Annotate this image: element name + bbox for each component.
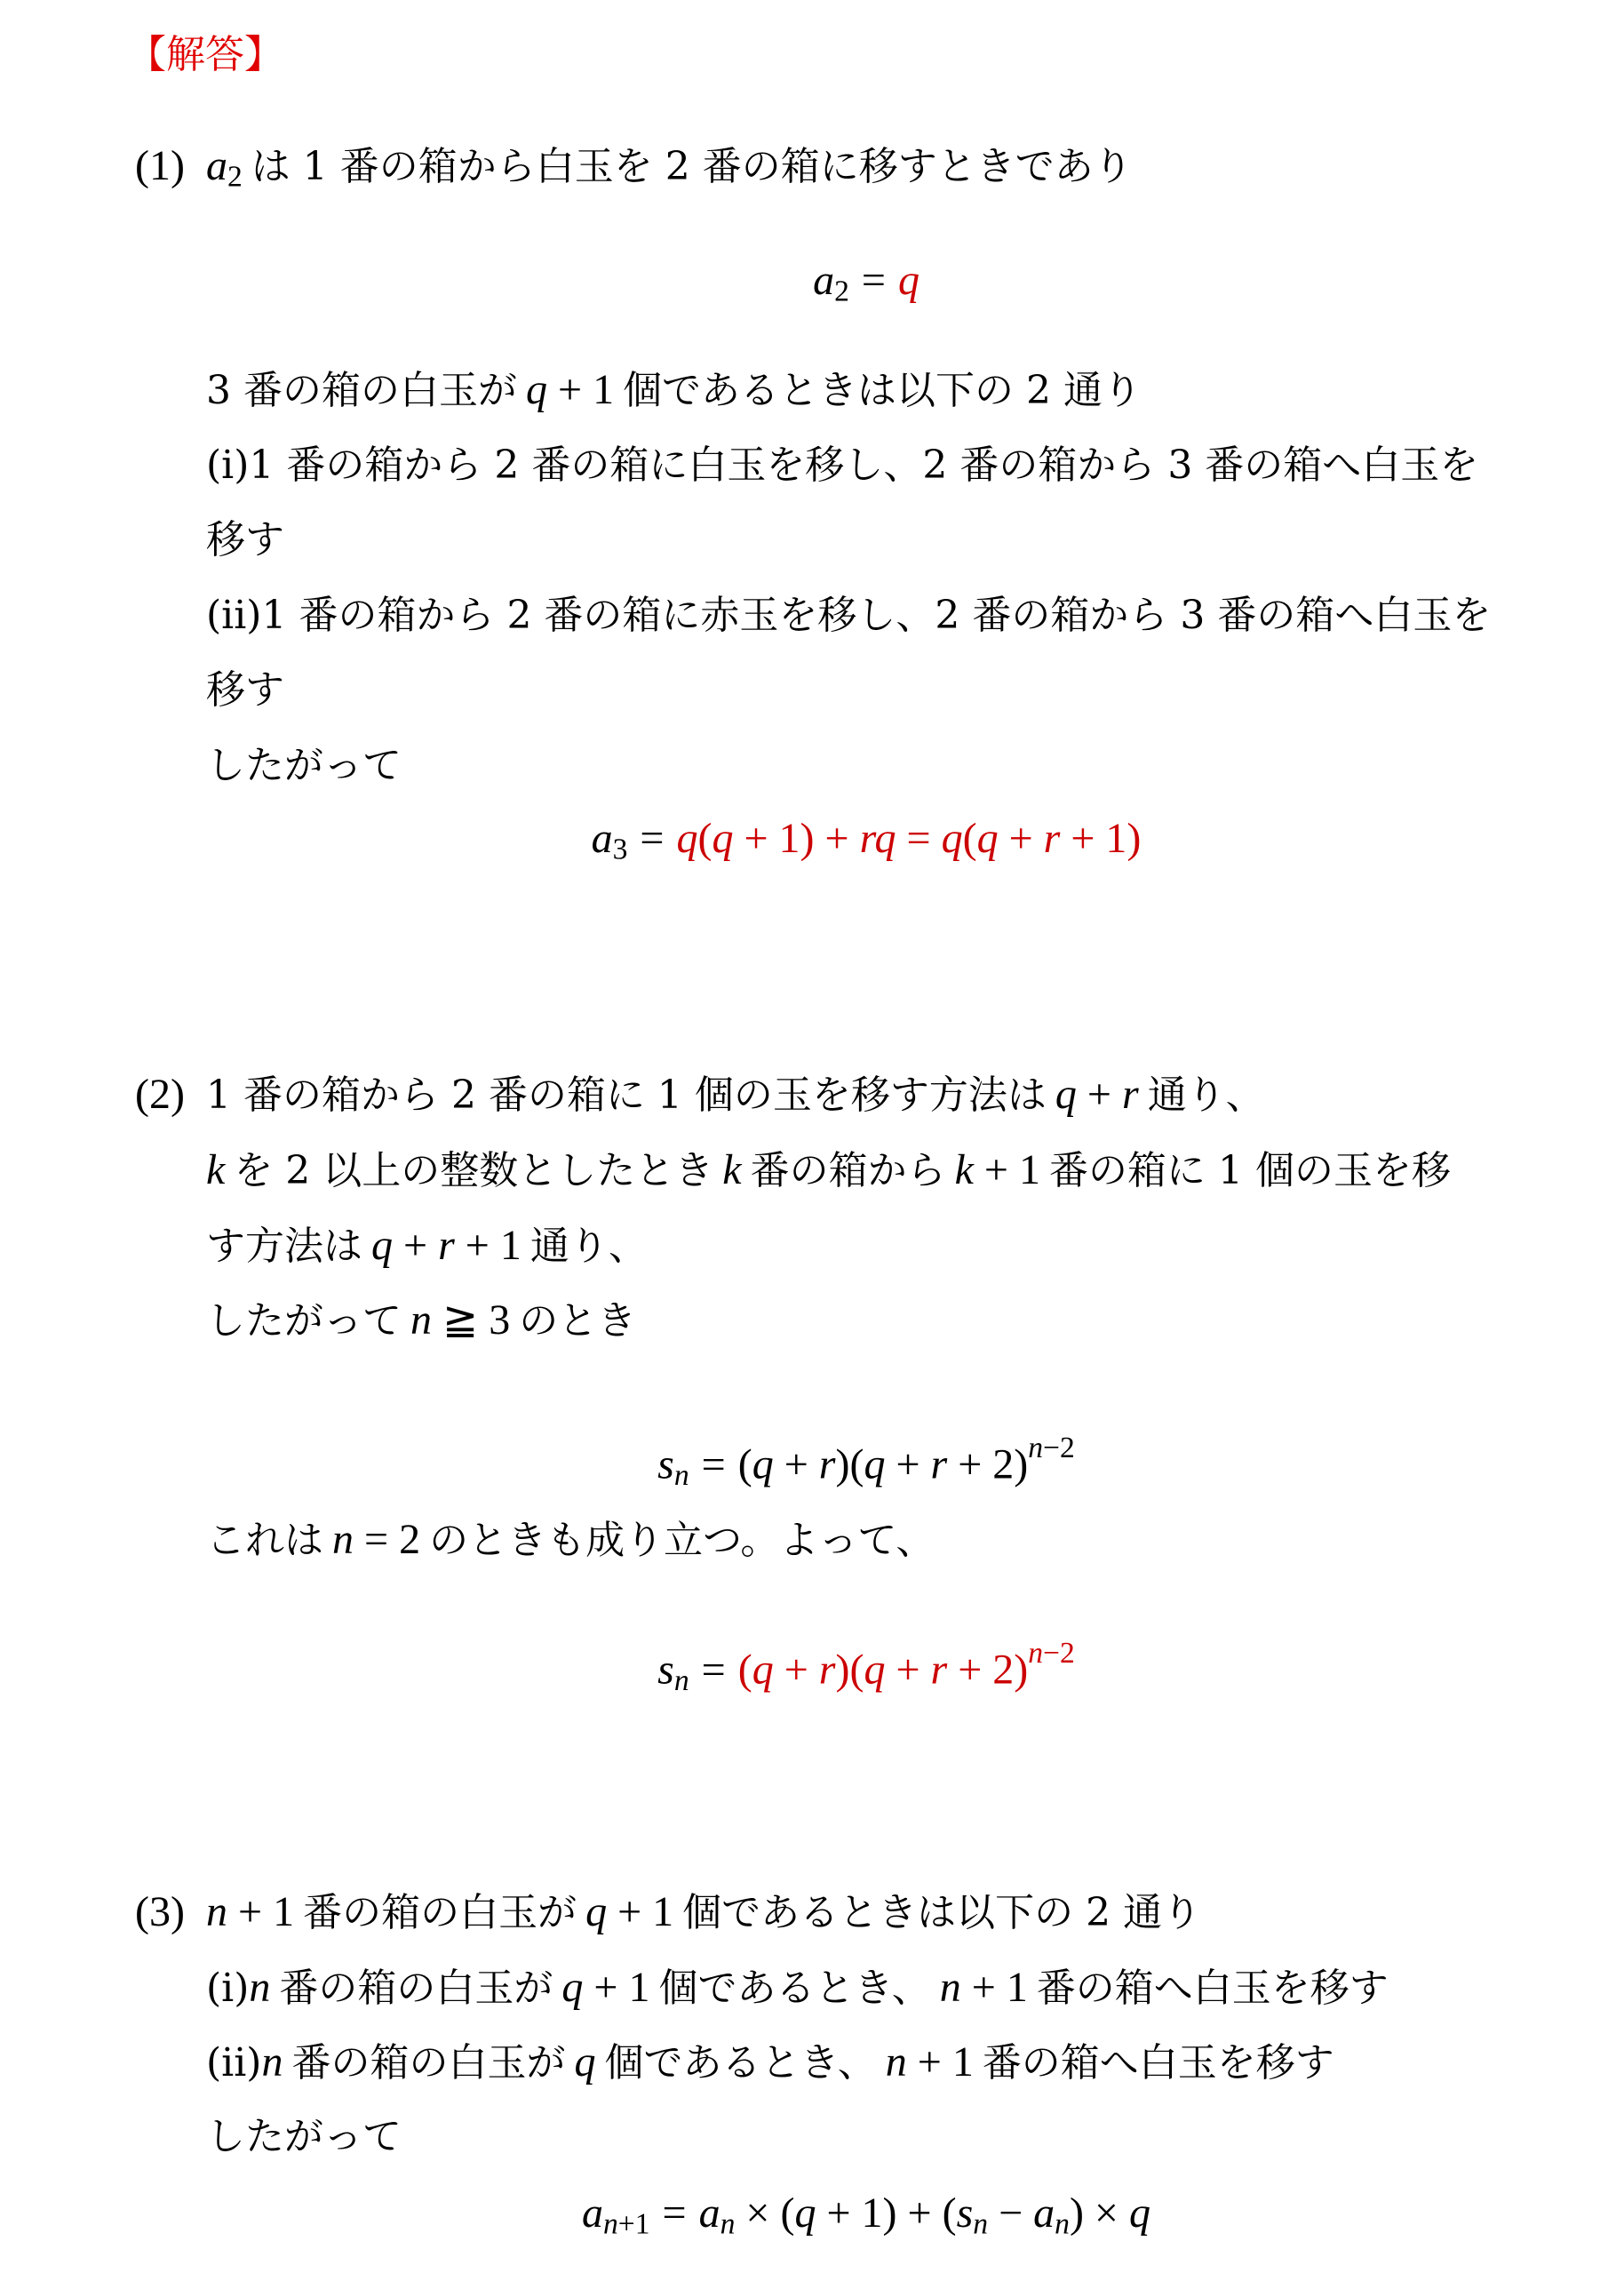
math-variable: n [206, 1888, 227, 1935]
part-3-case-ii: (ii)n番の箱の白玉がq個であるとき、n + 1番の箱へ白玉を移す [206, 2043, 1334, 2083]
math-subscript: 3 [613, 833, 628, 865]
text-segment: のとき [519, 1298, 636, 1344]
inline-math: q + r + 1 [371, 1222, 521, 1269]
text-segment: 通り、 [530, 1224, 648, 1269]
math-subscript: n [1055, 2207, 1070, 2240]
math-subscript: n+1 [603, 2207, 650, 2240]
math-variable: q [371, 1222, 393, 1269]
math-variable: k [206, 1146, 225, 1193]
equals-sign: = [702, 1647, 726, 1694]
equation-sn-answer: sn=(q + r)(q + r + 2)n−2 [206, 1632, 1526, 1703]
math-variable: q [1055, 1071, 1077, 1118]
math-variable: a [582, 2189, 603, 2237]
text-segment: 番の箱へ白玉を移す [983, 2040, 1334, 2086]
intro-text: は 1 番の箱から白玉を 2 番の箱に移すときであり [251, 144, 1133, 189]
case-marker: (ii) [206, 2040, 261, 2086]
math-variable: q [561, 1964, 583, 2011]
inline-math: q + 1 [585, 1888, 673, 1935]
case-ii-line-2: 移す [206, 671, 284, 710]
math-variable: r [860, 815, 875, 862]
math-subscript: 2 [834, 275, 849, 307]
answer-heading: 【解答】 [127, 36, 283, 75]
math-variable: k [955, 1146, 974, 1193]
math-variable: n [603, 2207, 618, 2240]
equation-recurrence: an+1=an × (q + 1) + (sn − an) × q [206, 2192, 1526, 2245]
inline-math: q + 1 [561, 1964, 649, 2011]
inline-math: k + 1 [955, 1146, 1040, 1193]
math-variable: n [249, 1964, 270, 2011]
inline-math: q [574, 2038, 595, 2086]
equals-sign: = [862, 257, 886, 304]
math-variable: r [819, 1647, 836, 1694]
math-variable: q [752, 1647, 774, 1694]
math-variable: a [1033, 2189, 1055, 2237]
math-variable: a [206, 142, 227, 189]
math-variable: q [864, 1441, 885, 1488]
inline-math: k [722, 1146, 741, 1193]
answer-a3: q(q + 1) + rq = q(q + r + 1) [676, 815, 1141, 862]
text-segment: 個であるときは以下の 2 通り [682, 1890, 1201, 1935]
case-marker: (i) [206, 1966, 249, 2011]
math-variable: n [720, 2207, 736, 2240]
math-subscript: n [973, 2207, 988, 2240]
math-variable: s [657, 1441, 674, 1488]
math-term: − [988, 2189, 1033, 2237]
equals-sign: = [663, 2189, 687, 2237]
part-2-line-2: kを 2 以上の整数としたときk番の箱からk + 1番の箱に 1 個の玉を移 [206, 1151, 1451, 1191]
math-variable: n [1028, 1637, 1043, 1670]
math-variable: q [898, 257, 919, 304]
math-variable: n [261, 2038, 283, 2086]
text-segment: 番の箱から [751, 1148, 946, 1193]
math-subscript: 2 [227, 160, 243, 193]
case-ii-line-1: (ii)1 番の箱から 2 番の箱に赤玉を移し、2 番の箱から 3 番の箱へ白玉… [206, 596, 1491, 635]
math-term: ) × q [1070, 2189, 1150, 2237]
text-segment: 個であるとき、 [604, 2040, 876, 2086]
part-2-line-1: 1 番の箱から 2 番の箱に 1 個の玉を移す方法はq + r通り、 [206, 1075, 1265, 1115]
math-variable: r [819, 1441, 836, 1488]
part-3-line-1: n + 1番の箱の白玉がq + 1個であるときは以下の 2 通り [206, 1893, 1201, 1933]
math-variable: r [1044, 815, 1061, 862]
math-a2: a2 [206, 142, 243, 189]
part-2-label: (2) [135, 1075, 185, 1114]
math-variable: k [722, 1146, 741, 1193]
part-1-intro-line: a2は 1 番の箱から白玉を 2 番の箱に移すときであり [206, 147, 1133, 196]
math-variable: q [942, 815, 963, 862]
part-1-label: (1) [135, 147, 185, 186]
inline-math: n + 1 [206, 1888, 294, 1935]
text-segment: 個であるときは以下の 2 通り [623, 368, 1142, 413]
text-segment: 通り、 [1148, 1073, 1265, 1118]
part-3-label: (3) [135, 1893, 185, 1932]
math-variable: n [1028, 1432, 1043, 1464]
therefore-line: したがって [206, 746, 402, 786]
math-variable: q [977, 815, 999, 862]
math-term: × (q + 1) + ( [735, 2189, 956, 2237]
text-segment: す方法は [206, 1224, 362, 1269]
math-variable: q [676, 815, 697, 862]
inline-math: q + r [1055, 1071, 1139, 1118]
math-variable: r [1122, 1071, 1139, 1118]
math-variable: n [973, 2207, 988, 2240]
part-3-case-i: (i)n番の箱の白玉がq + 1個であるとき、n + 1番の箱へ白玉を移す [206, 1968, 1389, 2008]
cases-intro-line: 3 番の箱の白玉がq + 1個であるときは以下の 2 通り [206, 371, 1142, 411]
equals-sign: = [702, 1441, 726, 1488]
inline-math: n + 1 [940, 1964, 1028, 2011]
math-term: a [699, 2189, 720, 2237]
math-variable: q [752, 1441, 774, 1488]
math-variable: q [526, 366, 547, 413]
text-segment: を 2 以上の整数としたとき [234, 1148, 713, 1193]
equation-a3: a3=q(q + 1) + rq = q(q + r + 1) [206, 817, 1526, 871]
math-variable: n [886, 2038, 907, 2086]
inline-math: k [206, 1146, 225, 1193]
equals-sign: = [640, 815, 664, 862]
math-variable: q [574, 2038, 595, 2086]
math-variable: n [674, 1664, 689, 1697]
math-variable: q [864, 1647, 885, 1694]
text-segment: これは [206, 1518, 323, 1563]
inline-math: n [249, 1964, 270, 2011]
text-segment: 3 番の箱の白玉が [206, 368, 517, 413]
equation-a2: a2=q [206, 259, 1526, 313]
inline-math: n = 2 [332, 1516, 420, 1563]
sn-expression: (q + r)(q + r + 2) [738, 1441, 1029, 1488]
text-segment: 個であるとき、 [658, 1966, 930, 2011]
math-variable: q [712, 815, 733, 862]
math-variable: q [585, 1888, 607, 1935]
inline-math: q + 1 [526, 366, 614, 413]
part-2-line-5: これはn = 2のときも成り立つ。よって、 [206, 1520, 935, 1560]
therefore-line: したがって [206, 2117, 402, 2157]
case-i-line-2: 移す [206, 521, 284, 560]
text-segment: 番の箱の白玉が [303, 1890, 577, 1935]
math-variable: q [794, 2189, 816, 2237]
inline-math: n ≧ 3 [410, 1296, 510, 1344]
math-term: s [957, 2189, 974, 2237]
math-variable: r [438, 1222, 455, 1269]
math-superscript: n−2 [1028, 1432, 1075, 1464]
math-variable: a [592, 815, 613, 862]
math-variable: n [940, 1964, 961, 2011]
text-segment: したがって [206, 1298, 402, 1344]
math-variable: n [410, 1296, 432, 1344]
equation-sn: sn=(q + r)(q + r + 2)n−2 [206, 1427, 1526, 1497]
answer-a2: q [898, 257, 919, 304]
math-subscript: n [674, 1459, 689, 1492]
text-segment: 番の箱へ白玉を移す [1037, 1966, 1389, 2011]
math-variable: a [699, 2189, 720, 2237]
math-variable: s [957, 2189, 974, 2237]
text-segment: 番の箱の白玉が [279, 1966, 553, 2011]
text-segment: 番の箱の白玉が [291, 2040, 565, 2086]
math-variable: r [931, 1647, 948, 1694]
math-variable: q [875, 815, 896, 862]
part-2-line-3: す方法はq + r + 1通り、 [206, 1226, 648, 1266]
math-subscript: n [720, 2207, 736, 2240]
math-term: a [1033, 2189, 1055, 2237]
math-subscript: n [674, 1664, 689, 1697]
math-variable: n [674, 1459, 689, 1492]
math-variable: r [931, 1441, 948, 1488]
math-variable: n [1055, 2207, 1070, 2240]
inline-math: n [261, 2038, 283, 2086]
part-2-line-4: したがってn ≧ 3のとき [206, 1301, 636, 1341]
math-variable: q [1129, 2189, 1150, 2237]
text-segment: 番の箱に 1 個の玉を移 [1049, 1148, 1451, 1193]
case-i-line-1: (i)1 番の箱から 2 番の箱に白玉を移し、2 番の箱から 3 番の箱へ白玉を [206, 446, 1478, 485]
answer-sn-exponent: n−2 [1028, 1637, 1075, 1670]
inline-math: n + 1 [886, 2038, 974, 2086]
text-segment: のときも成り立つ。よって、 [429, 1518, 935, 1563]
math-variable: n [332, 1516, 354, 1563]
answer-sn: (q + r)(q + r + 2) [738, 1647, 1029, 1694]
math-variable: s [657, 1647, 674, 1694]
math-variable: a [813, 257, 834, 304]
text-segment: 1 番の箱から 2 番の箱に 1 個の玉を移す方法は [206, 1073, 1047, 1118]
